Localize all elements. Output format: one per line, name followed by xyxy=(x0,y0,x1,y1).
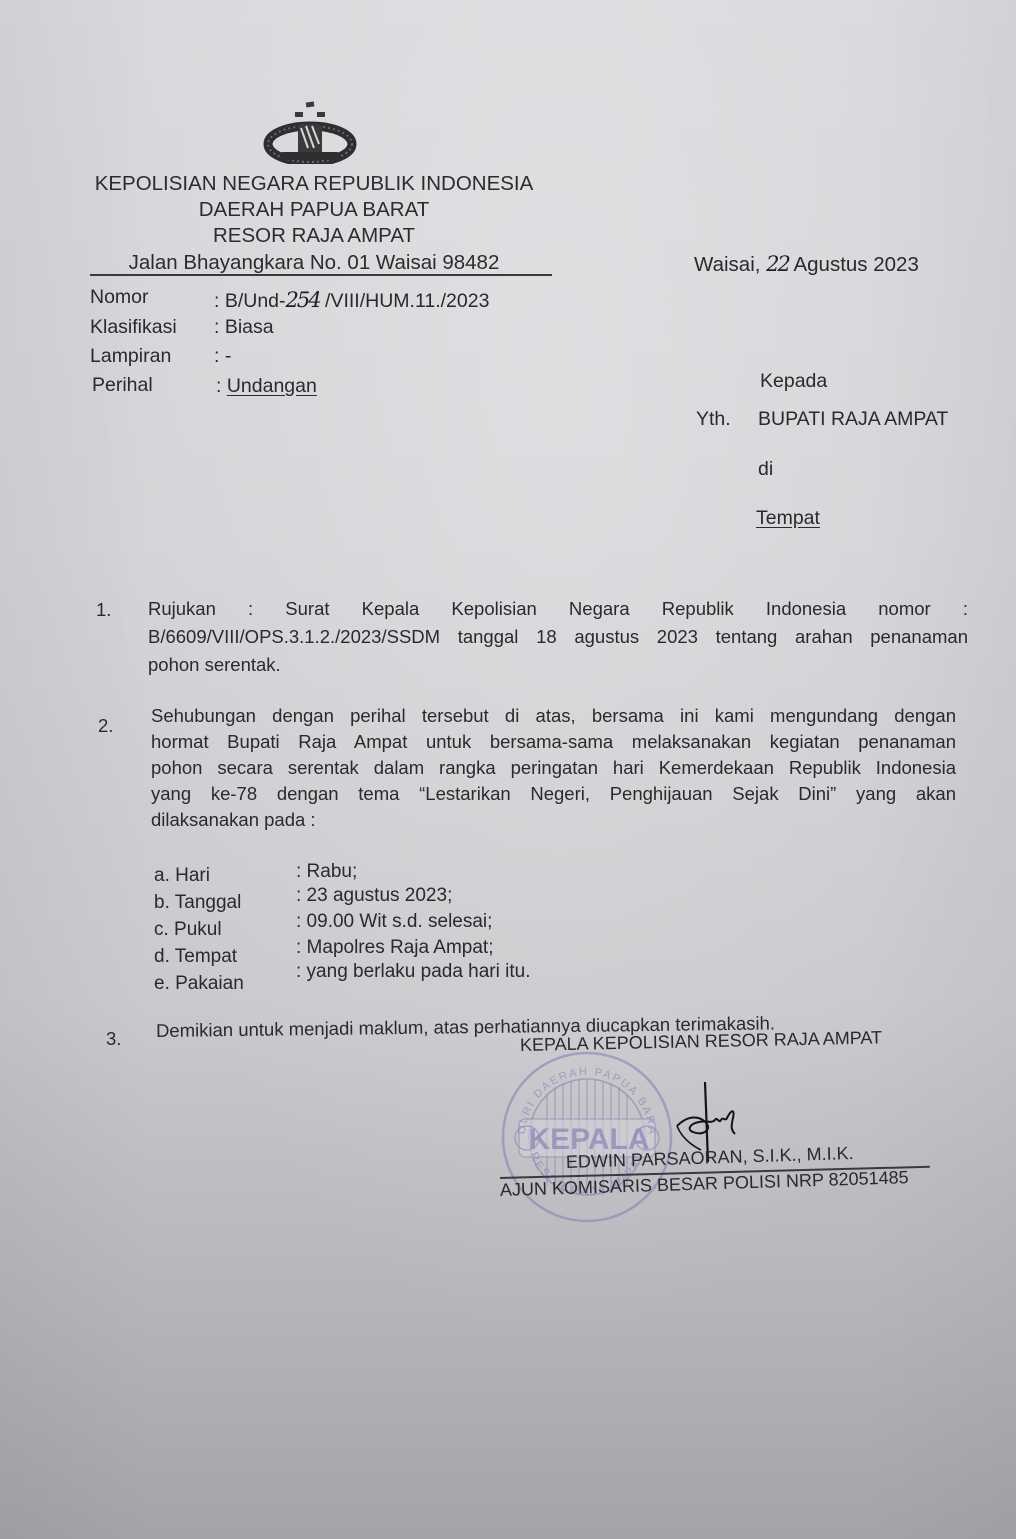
item-3-number: 3. xyxy=(106,1028,121,1050)
detail-pukul-value: : 09.00 Wit s.d. selesai; xyxy=(296,911,492,933)
letterhead-line-3: RESOR RAJA AMPAT xyxy=(80,224,548,248)
item-1-line-2: B/6609/VIII/OPS.3.1.2./2023/SSDM tanggal… xyxy=(148,623,968,651)
detail-pukul-label: c. Pukul xyxy=(154,919,222,941)
recipient-name: BUPATI RAJA AMPAT xyxy=(758,408,948,431)
klasifikasi-value: : Biasa xyxy=(214,316,274,339)
letter-date: Waisai, 22 Agustus 2023 xyxy=(694,252,919,277)
item-1-text: Rujukan : Surat Kepala Kepolisian Negara… xyxy=(148,595,968,679)
item-2-line-5: dilaksanakan pada : xyxy=(151,807,956,833)
nomor-value: : B/Und-254 /VIII/HUM.11./2023 xyxy=(214,288,489,313)
klasifikasi-label: Klasifikasi xyxy=(90,316,177,339)
letterhead-line-1: KEPOLISIAN NEGARA REPUBLIK INDONESIA xyxy=(80,172,548,196)
perihal-colon: : xyxy=(216,375,227,397)
detail-tempat-label: d. Tempat xyxy=(154,946,237,968)
letterhead-line-2: DAERAH PAPUA BARAT xyxy=(80,198,548,222)
lampiran-label: Lampiran xyxy=(90,345,171,368)
detail-pakaian-label: e. Pakaian xyxy=(154,973,244,995)
item-2-line-2: hormat Bupati Raja Ampat untuk bersama-s… xyxy=(151,729,956,755)
detail-tanggal-value: : 23 agustus 2023; xyxy=(296,885,452,907)
police-emblem-icon xyxy=(262,100,358,164)
perihal-text: Undangan xyxy=(227,375,317,397)
recipient-tempat: Tempat xyxy=(756,507,820,530)
nomor-label: Nomor xyxy=(90,286,149,309)
recipient-di: di xyxy=(758,458,773,481)
detail-pakaian-value: : yang berlaku pada hari itu. xyxy=(296,961,531,983)
detail-tanggal-label: b. Tanggal xyxy=(154,892,241,914)
nomor-handwritten: 254 xyxy=(286,288,320,312)
nomor-prefix: : B/Und- xyxy=(214,290,286,312)
item-2-line-3: pohon secara serentak dalam rangka perin… xyxy=(151,755,956,781)
lampiran-value: : - xyxy=(214,345,231,368)
letterhead-divider xyxy=(90,274,552,276)
item-1-number: 1. xyxy=(96,599,111,621)
item-2-line-1: Sehubungan dengan perihal tersebut di at… xyxy=(151,703,956,729)
recipient-kepada: Kepada xyxy=(760,370,827,393)
perihal-label: Perihal xyxy=(92,374,153,397)
date-place: Waisai, xyxy=(694,253,760,276)
detail-hari-value: : Rabu; xyxy=(296,861,357,883)
recipient-yth: Yth. xyxy=(696,408,731,431)
item-1-line-3: pohon serentak. xyxy=(148,651,968,679)
perihal-value: : Undangan xyxy=(216,375,317,398)
item-2-text: Sehubungan dengan perihal tersebut di at… xyxy=(151,703,956,833)
nomor-suffix: /VIII/HUM.11./2023 xyxy=(320,290,490,312)
item-1-line-1: Rujukan : Surat Kepala Kepolisian Negara… xyxy=(148,595,968,623)
date-month-year: Agustus 2023 xyxy=(793,253,918,276)
item-2-number: 2. xyxy=(98,715,113,737)
item-2-line-4: yang ke-78 dengan tema “Lestarikan Neger… xyxy=(151,781,956,807)
detail-hari-label: a. Hari xyxy=(154,865,210,887)
letterhead-address: Jalan Bhayangkara No. 01 Waisai 98482 xyxy=(80,251,548,275)
date-day-handwritten: 22 xyxy=(766,252,789,276)
detail-tempat-value: : Mapolres Raja Ampat; xyxy=(296,937,493,959)
